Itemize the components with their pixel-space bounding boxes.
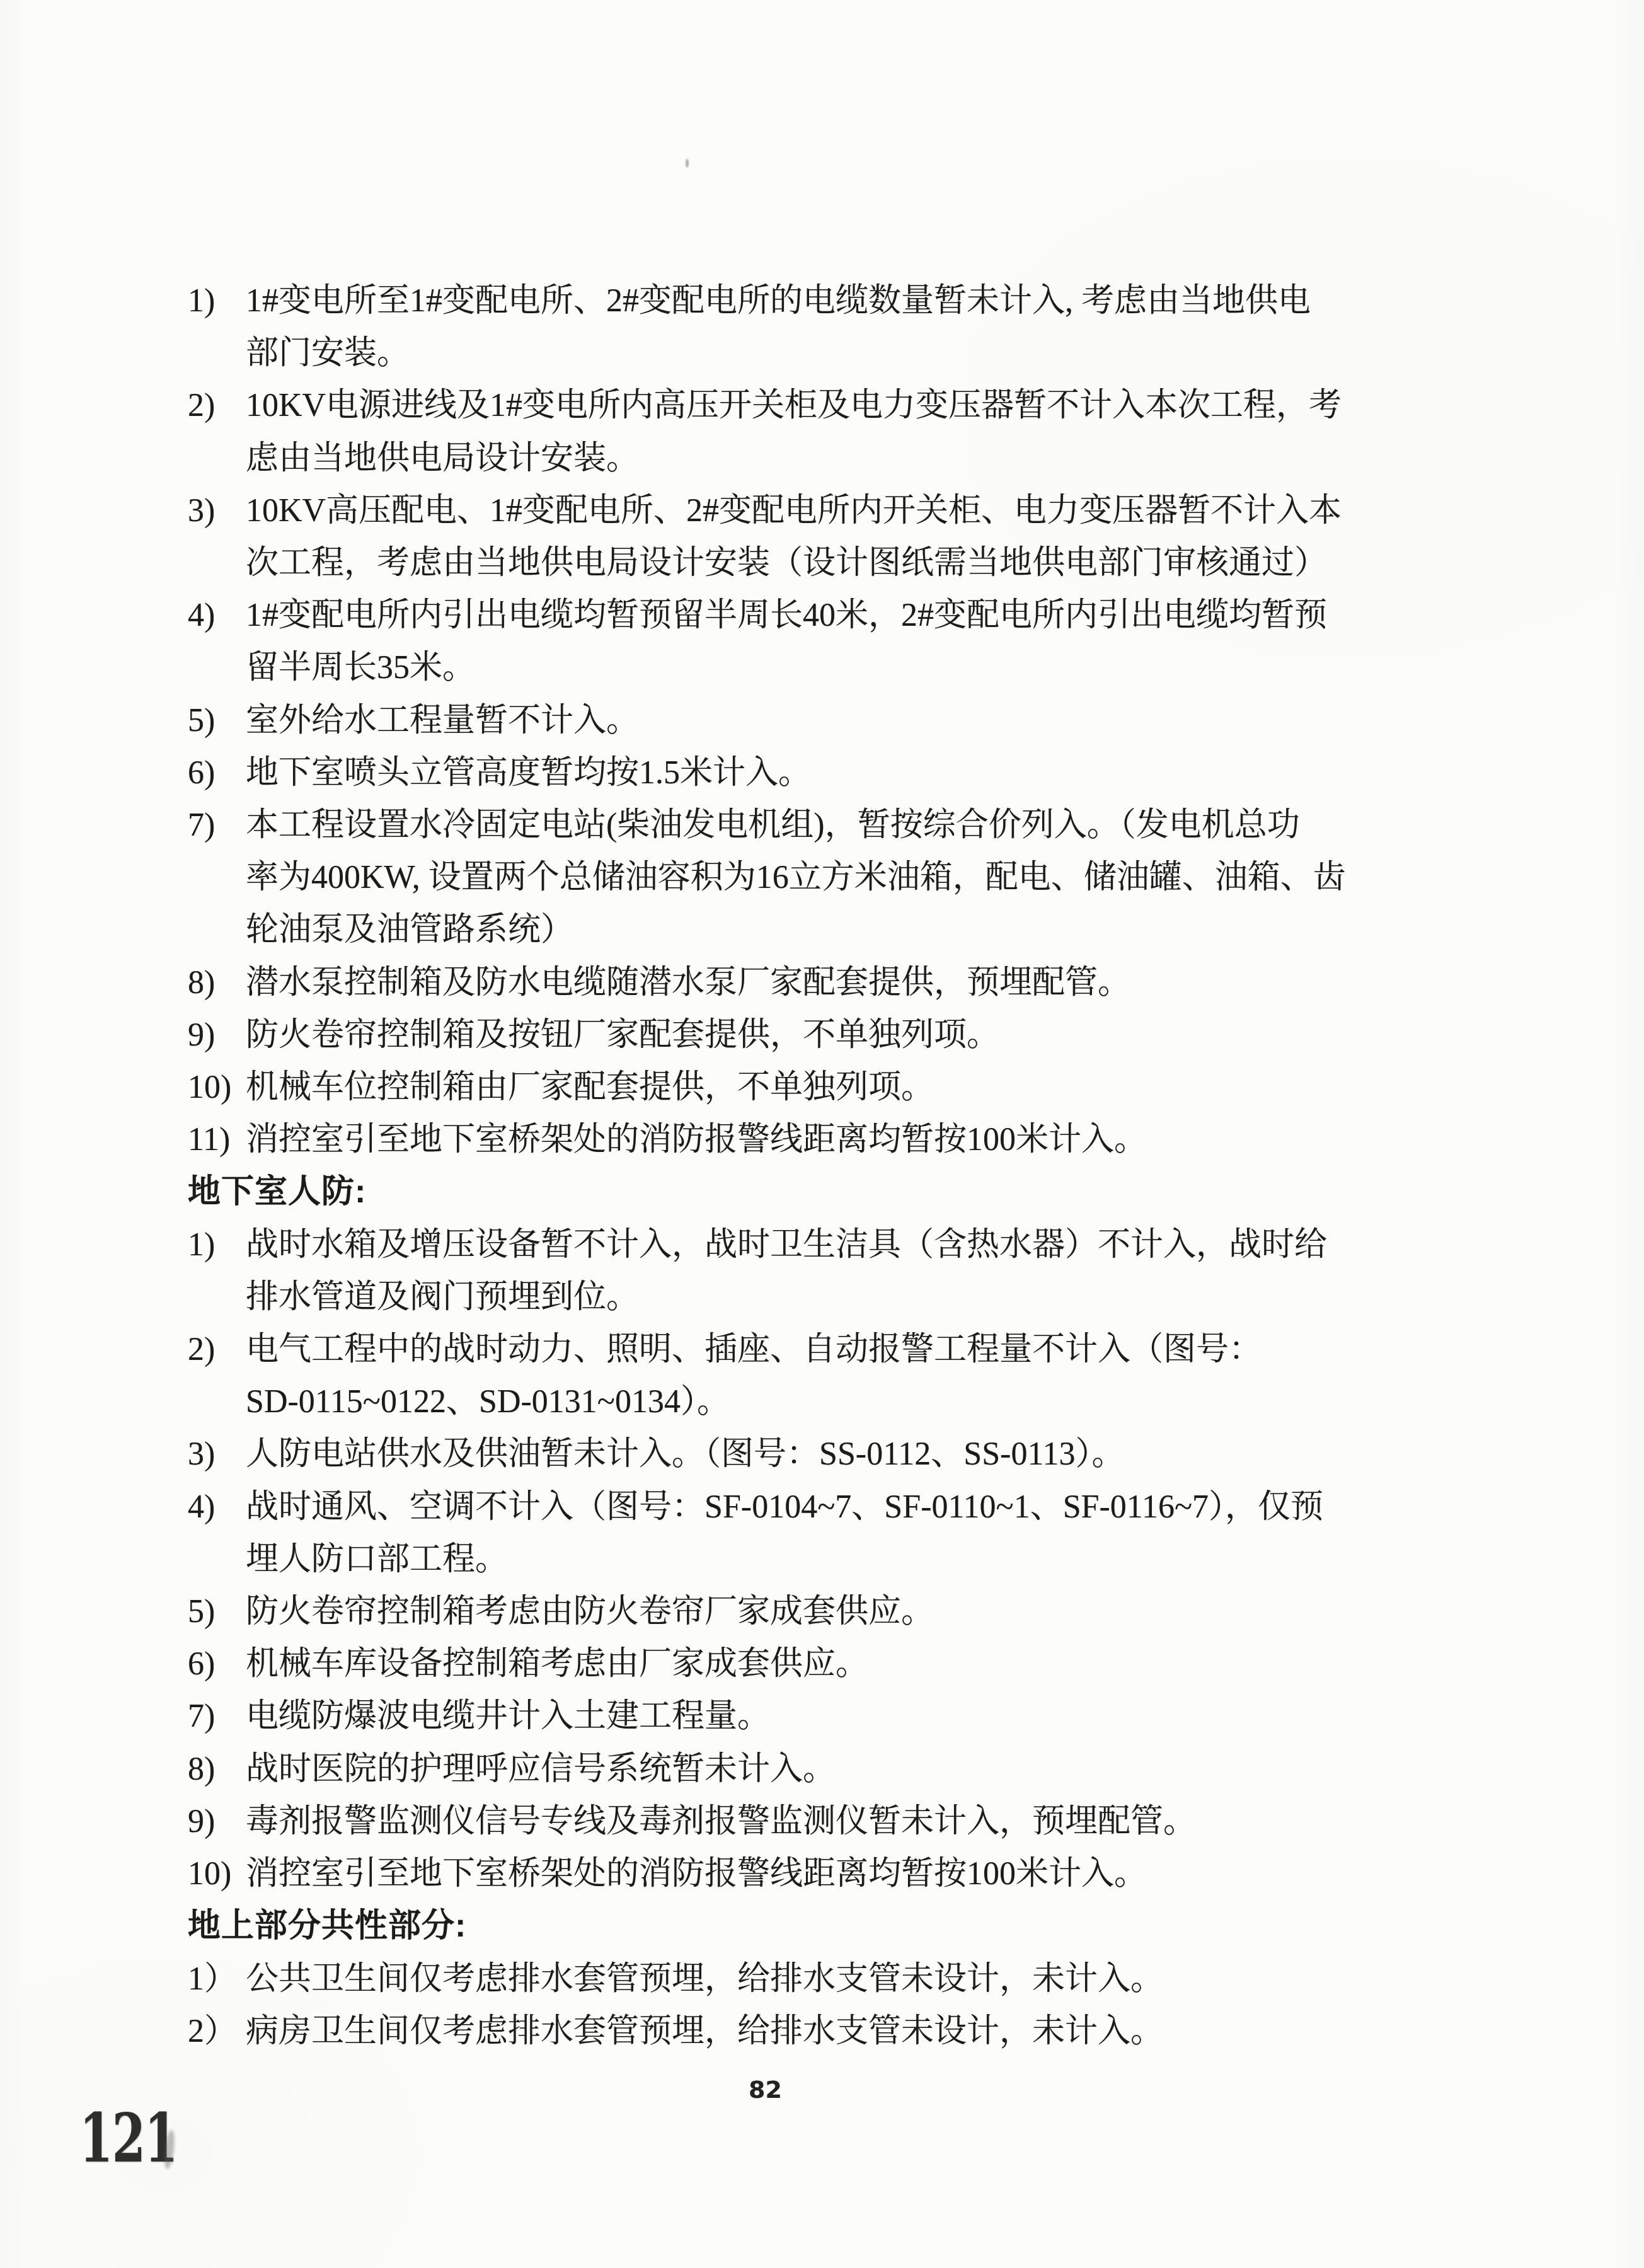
item-text: 人防电站供水及供油暂未计入。（图号：SS-0112、SS-0113）。: [246, 1428, 1331, 1480]
item-number: 10): [188, 1848, 246, 1900]
item-text-line: 电缆防爆波电缆井计入土建工程量。: [246, 1690, 1331, 1742]
item-text: 消控室引至地下室桥架处的消防报警线距离均暂按100米计入。: [246, 1114, 1331, 1166]
list-item: 6)机械车库设备控制箱考虑由厂家成套供应。: [188, 1638, 1331, 1690]
item-text-line: 病房卫生间仅考虑排水套管预埋，给排水支管未设计，未计入。: [246, 2005, 1331, 2058]
item-text-line: 留半周长35米。: [246, 642, 1331, 694]
list-item: 7)电缆防爆波电缆井计入土建工程量。: [188, 1690, 1331, 1742]
list-item: 2）病房卫生间仅考虑排水套管预埋，给排水支管未设计，未计入。: [188, 2005, 1331, 2058]
item-text: 1#变配电所内引出电缆均暂预留半周长40米，2#变配电所内引出电缆均暂预留半周长…: [246, 589, 1331, 694]
item-text-line: 防火卷帘控制箱考虑由防火卷帘厂家成套供应。: [246, 1586, 1331, 1638]
item-number: 2): [188, 1323, 246, 1376]
item-text-line: 部门安装。: [246, 327, 1331, 379]
item-text: 1#变电所至1#变配电所、2#变配电所的电缆数量暂未计入, 考虑由当地供电部门安…: [246, 275, 1331, 379]
scan-speck: [686, 159, 689, 168]
item-text-line: 埋人防口部工程。: [246, 1533, 1331, 1586]
item-text-line: 1#变电所至1#变配电所、2#变配电所的电缆数量暂未计入, 考虑由当地供电: [246, 275, 1331, 327]
list-item: 9)毒剂报警监测仪信号专线及毒剂报警监测仪暂未计入，预埋配管。: [188, 1795, 1331, 1848]
item-number: 1）: [188, 1953, 246, 2005]
item-number: 2）: [188, 2005, 246, 2058]
item-text: 消控室引至地下室桥架处的消防报警线距离均暂按100米计入。: [246, 1848, 1331, 1900]
section-heading: 地下室人防:: [188, 1166, 1331, 1218]
item-number: 9): [188, 1795, 246, 1848]
page-number: 82: [749, 2076, 782, 2104]
list-item: 1)1#变电所至1#变配电所、2#变配电所的电缆数量暂未计入, 考虑由当地供电部…: [188, 275, 1331, 379]
item-text-line: 消控室引至地下室桥架处的消防报警线距离均暂按100米计入。: [246, 1848, 1331, 1900]
item-text-line: 电气工程中的战时动力、照明、插座、自动报警工程量不计入（图号：: [246, 1323, 1331, 1376]
item-number: 9): [188, 1009, 246, 1061]
item-text: 公共卫生间仅考虑排水套管预埋，给排水支管未设计，未计入。: [246, 1953, 1331, 2005]
item-text: 10KV高压配电、1#变配电所、2#变配电所内开关柜、电力变压器暂不计入本次工程…: [246, 485, 1331, 589]
item-text-line: 公共卫生间仅考虑排水套管预埋，给排水支管未设计，未计入。: [246, 1953, 1331, 2005]
list-item: 2)电气工程中的战时动力、照明、插座、自动报警工程量不计入（图号：SD-0115…: [188, 1323, 1331, 1428]
list-item: 3)10KV高压配电、1#变配电所、2#变配电所内开关柜、电力变压器暂不计入本次…: [188, 485, 1331, 589]
item-text: 本工程设置水冷固定电站(柴油发电机组)，暂按综合价列入。（发电机总功率为400K…: [246, 799, 1331, 957]
item-text-line: 消控室引至地下室桥架处的消防报警线距离均暂按100米计入。: [246, 1114, 1331, 1166]
item-text: 战时医院的护理呼应信号系统暂未计入。: [246, 1743, 1331, 1795]
item-number: 1): [188, 1219, 246, 1271]
list-item: 5)室外给水工程量暂不计入。: [188, 694, 1331, 747]
item-number: 3): [188, 485, 246, 537]
item-text-line: 防火卷帘控制箱及按钮厂家配套提供，不单独列项。: [246, 1009, 1331, 1061]
list-item: 10)消控室引至地下室桥架处的消防报警线距离均暂按100米计入。: [188, 1848, 1331, 1900]
section-heading: 地上部分共性部分:: [188, 1900, 1331, 1952]
item-text: 战时通风、空调不计入（图号：SF-0104~7、SF-0110~1、SF-011…: [246, 1481, 1331, 1586]
item-number: 6): [188, 1638, 246, 1690]
item-text-line: 轮油泵及油管路系统）: [246, 904, 1331, 956]
list-item: 6)地下室喷头立管高度暂均按1.5米计入。: [188, 747, 1331, 799]
item-text-line: 地下室喷头立管高度暂均按1.5米计入。: [246, 747, 1331, 799]
item-text: 地下室喷头立管高度暂均按1.5米计入。: [246, 747, 1331, 799]
item-number: 5): [188, 1586, 246, 1638]
list-item: 5)防火卷帘控制箱考虑由防火卷帘厂家成套供应。: [188, 1586, 1331, 1638]
item-text: 室外给水工程量暂不计入。: [246, 694, 1331, 747]
scanned-page: 1)1#变电所至1#变配电所、2#变配电所的电缆数量暂未计入, 考虑由当地供电部…: [0, 0, 1644, 2268]
item-text-line: SD-0115~0122、SD-0131~0134）。: [246, 1376, 1331, 1428]
item-text-line: 室外给水工程量暂不计入。: [246, 694, 1331, 747]
item-text: 电气工程中的战时动力、照明、插座、自动报警工程量不计入（图号：SD-0115~0…: [246, 1323, 1331, 1428]
item-text: 战时水箱及增压设备暂不计入，战时卫生洁具（含热水器）不计入，战时给排水管道及阀门…: [246, 1219, 1331, 1323]
item-text-line: 机械车位控制箱由厂家配套提供，不单独列项。: [246, 1061, 1331, 1114]
item-number: 4): [188, 1481, 246, 1533]
item-text: 潜水泵控制箱及防水电缆随潜水泵厂家配套提供，预埋配管。: [246, 957, 1331, 1009]
item-text-line: 潜水泵控制箱及防水电缆随潜水泵厂家配套提供，预埋配管。: [246, 957, 1331, 1009]
item-number: 8): [188, 957, 246, 1009]
list-item: 9)防火卷帘控制箱及按钮厂家配套提供，不单独列项。: [188, 1009, 1331, 1061]
item-number: 7): [188, 799, 246, 851]
list-item: 8)潜水泵控制箱及防水电缆随潜水泵厂家配套提供，预埋配管。: [188, 957, 1331, 1009]
list-item: 10)机械车位控制箱由厂家配套提供，不单独列项。: [188, 1061, 1331, 1114]
item-number: 11): [188, 1114, 246, 1166]
list-item: 8)战时医院的护理呼应信号系统暂未计入。: [188, 1743, 1331, 1795]
item-number: 3): [188, 1428, 246, 1480]
item-text: 机械车位控制箱由厂家配套提供，不单独列项。: [246, 1061, 1331, 1114]
list-item: 3)人防电站供水及供油暂未计入。（图号：SS-0112、SS-0113）。: [188, 1428, 1331, 1480]
item-text-line: 本工程设置水冷固定电站(柴油发电机组)，暂按综合价列入。（发电机总功: [246, 799, 1331, 851]
item-text-line: 10KV电源进线及1#变电所内高压开关柜及电力变压器暂不计入本次工程，考: [246, 379, 1331, 432]
item-text-line: 虑由当地供电局设计安装。: [246, 432, 1331, 485]
item-text: 毒剂报警监测仪信号专线及毒剂报警监测仪暂未计入，预埋配管。: [246, 1795, 1331, 1848]
item-text-line: 毒剂报警监测仪信号专线及毒剂报警监测仪暂未计入，预埋配管。: [246, 1795, 1331, 1848]
item-number: 6): [188, 747, 246, 799]
item-text-line: 战时通风、空调不计入（图号：SF-0104~7、SF-0110~1、SF-011…: [246, 1481, 1331, 1533]
item-text-line: 10KV高压配电、1#变配电所、2#变配电所内开关柜、电力变压器暂不计入本: [246, 485, 1331, 537]
item-number: 10): [188, 1061, 246, 1114]
item-text: 机械车库设备控制箱考虑由厂家成套供应。: [246, 1638, 1331, 1690]
list-item: 11)消控室引至地下室桥架处的消防报警线距离均暂按100米计入。: [188, 1114, 1331, 1166]
item-text: 10KV电源进线及1#变电所内高压开关柜及电力变压器暂不计入本次工程，考虑由当地…: [246, 379, 1331, 484]
list-item: 4)战时通风、空调不计入（图号：SF-0104~7、SF-0110~1、SF-0…: [188, 1481, 1331, 1586]
item-text-line: 战时医院的护理呼应信号系统暂未计入。: [246, 1743, 1331, 1795]
item-number: 2): [188, 379, 246, 432]
item-number: 8): [188, 1743, 246, 1795]
page-stamp-number: 121: [79, 2105, 177, 2172]
item-number: 5): [188, 694, 246, 747]
item-text: 防火卷帘控制箱及按钮厂家配套提供，不单独列项。: [246, 1009, 1331, 1061]
item-text-line: 率为400KW, 设置两个总储油容积为16立方米油箱，配电、储油罐、油箱、齿: [246, 851, 1331, 904]
item-text-line: 战时水箱及增压设备暂不计入，战时卫生洁具（含热水器）不计入，战时给: [246, 1219, 1331, 1271]
item-number: 7): [188, 1690, 246, 1742]
item-text-line: 机械车库设备控制箱考虑由厂家成套供应。: [246, 1638, 1331, 1690]
item-number: 1): [188, 275, 246, 327]
document-body: 1)1#变电所至1#变配电所、2#变配电所的电缆数量暂未计入, 考虑由当地供电部…: [188, 275, 1331, 2058]
list-item: 1)战时水箱及增压设备暂不计入，战时卫生洁具（含热水器）不计入，战时给排水管道及…: [188, 1219, 1331, 1323]
item-text-line: 次工程，考虑由当地供电局设计安装（设计图纸需当地供电部门审核通过）: [246, 537, 1331, 589]
item-text-line: 人防电站供水及供油暂未计入。（图号：SS-0112、SS-0113）。: [246, 1428, 1331, 1480]
list-item: 7)本工程设置水冷固定电站(柴油发电机组)，暂按综合价列入。（发电机总功率为40…: [188, 799, 1331, 957]
list-item: 1）公共卫生间仅考虑排水套管预埋，给排水支管未设计，未计入。: [188, 1953, 1331, 2005]
item-text: 病房卫生间仅考虑排水套管预埋，给排水支管未设计，未计入。: [246, 2005, 1331, 2058]
list-item: 4)1#变配电所内引出电缆均暂预留半周长40米，2#变配电所内引出电缆均暂预留半…: [188, 589, 1331, 694]
item-text-line: 排水管道及阀门预埋到位。: [246, 1271, 1331, 1323]
item-text-line: 1#变配电所内引出电缆均暂预留半周长40米，2#变配电所内引出电缆均暂预: [246, 589, 1331, 642]
item-number: 4): [188, 589, 246, 642]
list-item: 2)10KV电源进线及1#变电所内高压开关柜及电力变压器暂不计入本次工程，考虑由…: [188, 379, 1331, 484]
item-text: 电缆防爆波电缆井计入土建工程量。: [246, 1690, 1331, 1742]
item-text: 防火卷帘控制箱考虑由防火卷帘厂家成套供应。: [246, 1586, 1331, 1638]
